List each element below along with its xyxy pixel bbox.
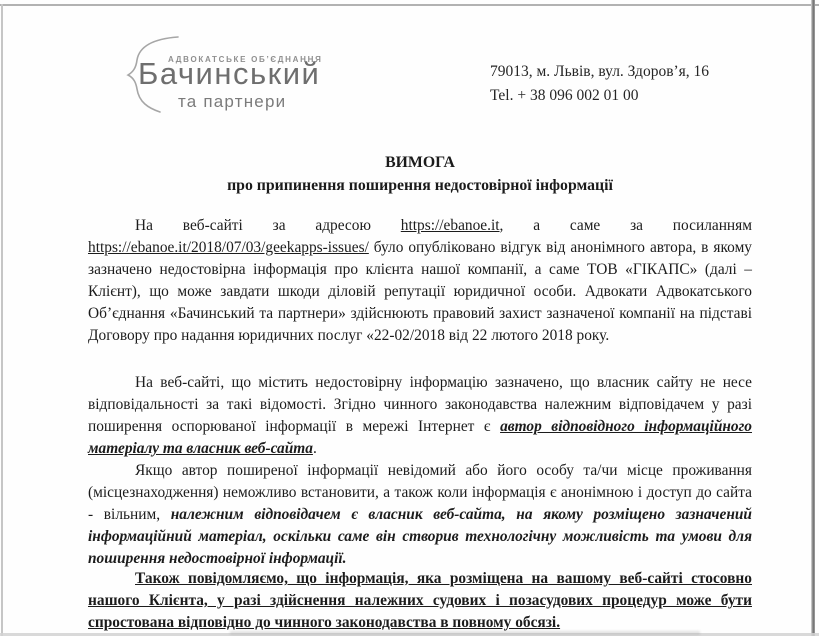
logo-tagline: та партнери: [178, 92, 286, 112]
link-ebanoe-home[interactable]: https://ebanoe.it: [401, 217, 500, 234]
logo-firm-name: Бачинський: [138, 56, 320, 92]
p1-text-1: На веб-сайті за адресою: [135, 217, 401, 234]
paragraph-1: На веб-сайті за адресою https://ebanoe.i…: [88, 215, 752, 347]
document-title-block: ВИМОГА про припинення поширення недостов…: [88, 151, 752, 197]
paragraph-3: Якщо автор поширеної інформації невідоми…: [88, 460, 752, 570]
scan-edge-right: [811, 0, 815, 636]
scan-edge-top: [0, 4, 819, 6]
contact-address: 79013, м. Львів, вул. Здоров’я, 16: [490, 60, 709, 84]
p1-text-2: , а саме за посиланням: [500, 217, 752, 234]
contact-phone: Tel. + 38 096 002 01 00: [490, 84, 709, 108]
scan-edge-left: [1, 4, 3, 636]
paragraph-2: На веб-сайті, що містить недостовірну ін…: [88, 372, 752, 460]
p2-text-2: .: [313, 440, 317, 457]
document-subtitle: про припинення поширення недостовірної і…: [88, 174, 752, 197]
law-firm-logo: АДВОКАТСЬКЕ ОБ’ЄДНАННЯ Бачинський та пар…: [118, 34, 388, 118]
scanned-letter-page: АДВОКАТСЬКЕ ОБ’ЄДНАННЯ Бачинський та пар…: [0, 0, 819, 636]
contact-block: 79013, м. Львів, вул. Здоров’я, 16 Tel. …: [490, 60, 709, 108]
p3-emphasis: належним відповідачем є власник веб-сайт…: [88, 506, 752, 567]
document-title: ВИМОГА: [88, 151, 752, 174]
paragraph-4: Також повідомляємо, що інформація, яка р…: [88, 568, 752, 634]
link-ebanoe-article[interactable]: https://ebanoe.it/2018/07/03/geekapps-is…: [88, 239, 369, 256]
